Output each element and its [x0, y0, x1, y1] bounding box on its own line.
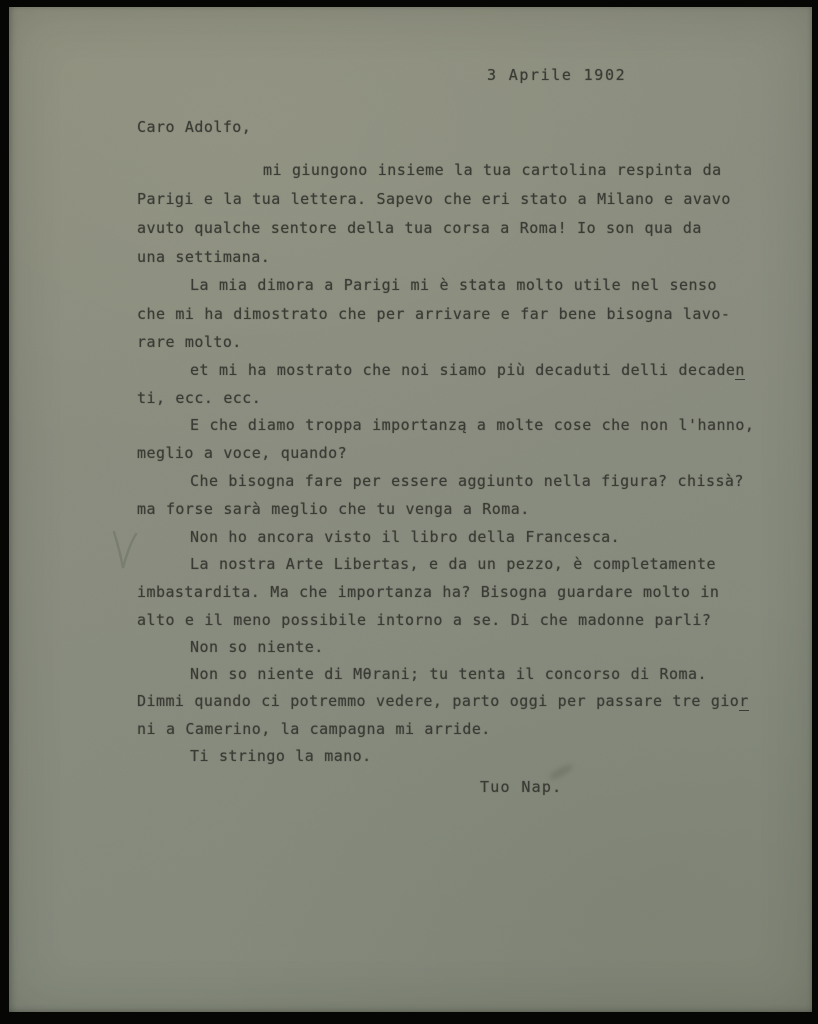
letter-line-body-20: Non so niente di Mθrani; tu tenta il con… — [190, 665, 707, 684]
letter-line-body-18: alto e il meno possibile intorno a se. D… — [137, 611, 711, 630]
letter-line-body-19: Non so niente. — [190, 638, 324, 657]
letter-line-body-22: ni a Camerino, la campagna mi arride. — [137, 720, 491, 739]
letter-line-salutation-1: Caro Adolfo, — [137, 118, 251, 137]
letter-line-body-2: mi giungono insieme la tua cartolina res… — [263, 161, 722, 180]
letter-line-signature-24: Tuo Nap. — [480, 778, 562, 797]
underlined-char: n — [735, 361, 744, 380]
letter-line-body-9: et mi ha mostrato che noi siamo più deca… — [190, 361, 745, 380]
letter-line-body-15: Non ho ancora visto il libro della Franc… — [190, 528, 620, 547]
letter-line-body-5: una settimana. — [137, 248, 270, 267]
letter-line-body-16: La nostra Arte Libertas, e da un pezzo, … — [190, 555, 716, 574]
letter-line-body-8: rare molto. — [137, 333, 242, 352]
letter-line-date-0: 3 Aprile 1902 — [487, 66, 626, 85]
letter-line-body-23: Ti stringo la mano. — [190, 747, 372, 766]
letter-line-body-7: che mi ha dimostrato che per arrivare e … — [137, 305, 730, 324]
letter-line-body-14: ma forse sarà meglio che tu venga a Roma… — [137, 500, 530, 519]
letter-line-body-4: avuto qualche sentore della tua corsa a … — [137, 219, 702, 238]
letter-line-body-12: meglio a voce, quando? — [137, 444, 347, 463]
underlined-char: r — [739, 692, 748, 711]
letter-line-body-10: ti, ecc. ecc. — [137, 389, 261, 408]
letter-line-body-3: Parigi e la tua lettera. Sapevo che eri … — [137, 190, 731, 209]
letter-line-body-17: imbastardita. Ma che importanza ha? Biso… — [137, 583, 719, 602]
scanned-letter-page: 3 Aprile 1902Caro Adolfo,mi giungono ins… — [0, 0, 818, 1024]
letter-line-body-21: Dimmi quando ci potremmo vedere, parto o… — [137, 692, 749, 711]
letter-line-body-13: Che bisogna fare per essere aggiunto nel… — [190, 472, 744, 491]
letter-line-body-6: La mia dimora a Parigi mi è stata molto … — [190, 276, 717, 295]
letter-line-body-11: E che diamo troppa importanzą a molte co… — [190, 416, 754, 435]
